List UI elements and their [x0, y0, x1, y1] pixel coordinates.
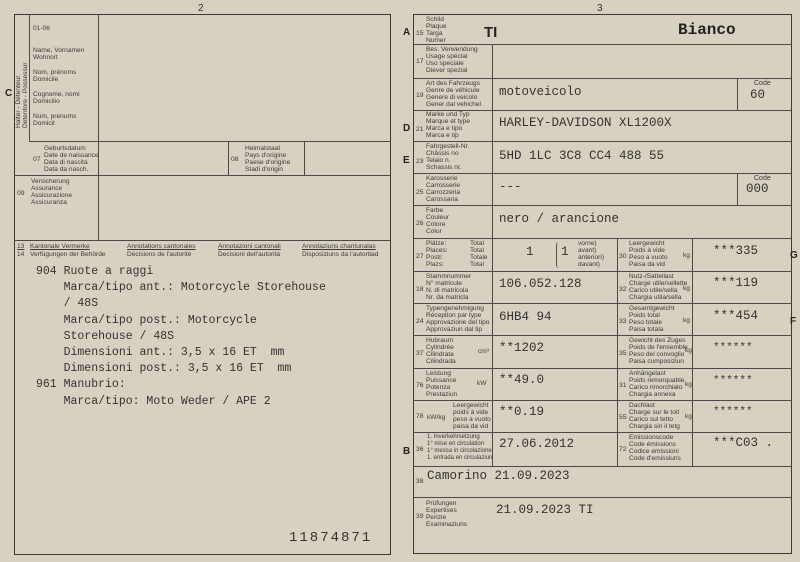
- field-35-label: Paisa cumposiziun: [629, 358, 684, 365]
- field-30-number: 30: [619, 253, 627, 260]
- holder-vertical-label-1: Halter - Détenteur: [15, 76, 22, 128]
- annotation-line: Dimensioni post.: 3,5 x 16 ET mm: [36, 361, 326, 377]
- divider: [413, 303, 792, 304]
- divider: [737, 78, 738, 110]
- field-76-unit: kW: [477, 380, 487, 387]
- annotations-header-rm: Annotaziuns chantunalas: [302, 243, 376, 250]
- annotation-line: 961 Manubrio:: [36, 377, 326, 393]
- field-09-label: Assicuranza: [31, 199, 67, 206]
- type-approval-value: 6HB4 94: [499, 310, 552, 324]
- annotation-line: Marca/tipo ant.: Motorcycle Storehouse: [36, 280, 326, 296]
- annotation-line: Marca/tipo post.: Motorcycle: [36, 313, 326, 329]
- field-78-number: 78: [416, 413, 424, 420]
- field-19-number: 19: [416, 92, 424, 99]
- field-27-number: 27: [416, 253, 424, 260]
- divider: [413, 497, 792, 498]
- divider: [617, 238, 618, 414]
- divider: [413, 432, 792, 433]
- vehicle-type-value: motoveicolo: [499, 85, 582, 99]
- divider: [413, 271, 792, 272]
- divider: [413, 141, 792, 142]
- field-17-number: 17: [416, 58, 424, 65]
- field-01-06-label: Wohnort: [33, 54, 58, 61]
- document-number: 11874871: [289, 530, 372, 546]
- issue-place-date-value: Camorino 21.09.2023: [427, 469, 570, 483]
- total-weight-value: ***454: [713, 309, 758, 323]
- divider: [29, 141, 391, 142]
- field-35-unit: kg: [685, 347, 692, 354]
- annotation-line: 904 Ruote a raggi: [36, 264, 326, 280]
- first-registration-value: 27.06.2012: [499, 437, 574, 451]
- field-32-number: 32: [619, 286, 627, 293]
- field-21-label: Marca e tip: [426, 132, 459, 139]
- field-33-label: Paisa totala: [629, 326, 663, 333]
- field-01-06-label: Domicilio: [33, 98, 60, 105]
- field-38-number: 38: [416, 478, 424, 485]
- divider: [413, 335, 792, 336]
- field-17-label: Diever spezial: [426, 67, 467, 74]
- seats-total-value: 1: [526, 245, 534, 259]
- side-letter-g: G: [790, 250, 798, 261]
- field-18-label: Nr. da matricla: [426, 294, 469, 301]
- plate-canton: TI: [484, 24, 497, 41]
- field-30-unit: kg: [683, 252, 690, 259]
- field-39-label: Examinaziuns: [426, 521, 467, 528]
- annotations-header-fr: Annotations cantonales: [127, 243, 196, 250]
- field-23-label: Schassis nr.: [426, 164, 462, 171]
- vehicle-type-code: 60: [750, 88, 765, 102]
- empty-weight-value: ***335: [713, 244, 758, 258]
- divider: [413, 78, 792, 79]
- field-32-unit: kg: [683, 285, 690, 292]
- roof-load-value: ******: [713, 406, 753, 418]
- seats-front-label: davant): [578, 261, 600, 268]
- divider: [14, 175, 391, 176]
- field-01-06-label: Domicile: [33, 76, 58, 83]
- divider: [413, 368, 792, 369]
- annotation-line: Dimensioni ant.: 3,5 x 16 ET mm: [36, 345, 326, 361]
- annotation-line: Storehouse / 48S: [36, 329, 326, 345]
- page-number-right: 3: [597, 3, 603, 14]
- color-value: nero / arancione: [499, 212, 619, 226]
- field-37-number: 37: [416, 350, 424, 357]
- side-letter-a: A: [403, 27, 410, 38]
- holder-vertical-label-2: Detentore - Possessur: [22, 62, 29, 128]
- divider: [98, 14, 99, 240]
- field-76-label: Prestaziun: [426, 391, 457, 398]
- section-letter-c: C: [5, 88, 12, 99]
- plate-color: Bianco: [678, 21, 736, 39]
- field-37-unit: cm³: [478, 348, 489, 355]
- field-26-number: 26: [416, 220, 424, 227]
- divider: [617, 414, 618, 466]
- divider: [413, 466, 792, 467]
- field-72-label: Code d'emissiuns: [629, 455, 681, 462]
- field-13-number: 13: [17, 243, 24, 250]
- make-model-value: HARLEY-DAVIDSON XL1200X: [499, 116, 672, 130]
- displacement-value: **1202: [499, 341, 544, 355]
- field-25-number: 25: [416, 189, 424, 196]
- field-19-label: Gener dal vehichel: [426, 101, 481, 108]
- field-14-number: 14: [17, 251, 24, 258]
- divider: [228, 141, 229, 175]
- field-31-number: 31: [619, 382, 627, 389]
- matriculation-number-value: 106.052.128: [499, 277, 582, 291]
- side-letter-b: B: [403, 446, 410, 457]
- field-55-label: Chargia sin il tetg: [629, 423, 680, 430]
- annotations-header-fr-2: Décisions de l'autorité: [127, 251, 191, 258]
- field-36-label: 1. entrada en circulaziun: [427, 455, 492, 462]
- field-36-number: 36: [416, 446, 424, 453]
- annotations-header-it-2: Decisioni dell'autorità: [218, 251, 280, 258]
- field-24-number: 24: [416, 318, 424, 325]
- divider: [413, 400, 792, 401]
- trailer-load-value: ******: [713, 375, 753, 387]
- annotation-line: Marca/tipo: Moto Weder / APE 2: [36, 394, 326, 410]
- field-35-number: 35: [619, 350, 627, 357]
- field-07-number: 07: [33, 156, 41, 163]
- divider: [692, 238, 693, 414]
- field-55-number: 55: [619, 414, 627, 421]
- inspection-value: 21.09.2023 TI: [496, 503, 594, 517]
- field-78-unit: kW/kg: [427, 414, 445, 421]
- field-33-unit: kg: [683, 317, 690, 324]
- field-24-label: Approvaziun dal tip: [426, 326, 482, 333]
- emissions-code-value: ***C03 .: [713, 436, 773, 450]
- divider: [413, 44, 792, 45]
- divider: [304, 141, 305, 175]
- field-21-number: 21: [416, 126, 424, 133]
- divider: [413, 173, 792, 174]
- field-55-unit: kg: [685, 413, 692, 420]
- train-weight-value: ******: [713, 342, 753, 354]
- divider: [29, 14, 30, 141]
- field-37-label: Cilindrada: [426, 358, 456, 365]
- side-letter-f: F: [790, 316, 796, 327]
- divider: [413, 238, 792, 239]
- divider: [492, 44, 493, 414]
- field-09-number: 09: [17, 190, 25, 197]
- field-08-label: Stadi d'origin: [245, 166, 283, 173]
- field-01-06-label: Domicil: [33, 120, 55, 127]
- annotations-header-it: Annotazioni cantonali: [218, 243, 281, 250]
- chassis-number-value: 5HD 1LC 3C8 CC4 488 55: [499, 149, 664, 163]
- field-72-number: 72: [619, 446, 627, 453]
- field-31-label: Chargia annexa: [629, 391, 676, 398]
- annotations-header-de-2: Verfügungen der Behörde: [30, 251, 106, 258]
- field-76-number: 76: [416, 382, 424, 389]
- field-78-label: paisa da vid: [453, 423, 488, 430]
- body-type-value: ---: [499, 180, 522, 194]
- field-07-label: Data da nasch.: [44, 166, 88, 173]
- divider: [413, 205, 792, 206]
- field-27-total-label: Total: [470, 261, 484, 268]
- body-type-code: 000: [746, 182, 769, 196]
- field-30-label: Paisa da vid: [629, 261, 665, 268]
- annotation-line: / 48S: [36, 296, 326, 312]
- annotations-header-de: Kantonale Vermerke: [30, 243, 90, 250]
- page-number-left: 2: [198, 3, 204, 14]
- field-27-label: Plazs:: [426, 261, 444, 268]
- power-to-weight-value: **0.19: [499, 405, 544, 419]
- payload-value: ***119: [713, 276, 758, 290]
- field-18-number: 18: [416, 286, 424, 293]
- annotations-list: 904 Ruote a raggi Marca/tipo ant.: Motor…: [36, 264, 326, 410]
- field-08-number: 08: [231, 156, 239, 163]
- annotations-header-rm-2: Disposiziuns da l'autoritad: [302, 251, 378, 258]
- field-32-label: Chargia utila/sella: [629, 294, 681, 301]
- field-26-label: Colur: [426, 228, 442, 235]
- field-39-number: 39: [416, 513, 424, 520]
- power-value: **49.0: [499, 373, 544, 387]
- field-25-label: Carossaria: [426, 196, 458, 203]
- field-23-number: 23: [416, 158, 424, 165]
- field-15-number: 15: [416, 30, 424, 37]
- seats-front-value: 1: [561, 245, 569, 259]
- divider: [14, 240, 391, 241]
- divider: [692, 414, 693, 466]
- field-19-code-label: Code: [754, 80, 771, 87]
- side-letter-e: E: [403, 155, 410, 166]
- field-33-number: 33: [619, 318, 627, 325]
- field-01-06-number: 01-06: [33, 25, 50, 32]
- bracket-open: [556, 242, 560, 268]
- field-31-unit: kg: [685, 381, 692, 388]
- side-letter-d: D: [403, 123, 410, 134]
- divider: [737, 173, 738, 205]
